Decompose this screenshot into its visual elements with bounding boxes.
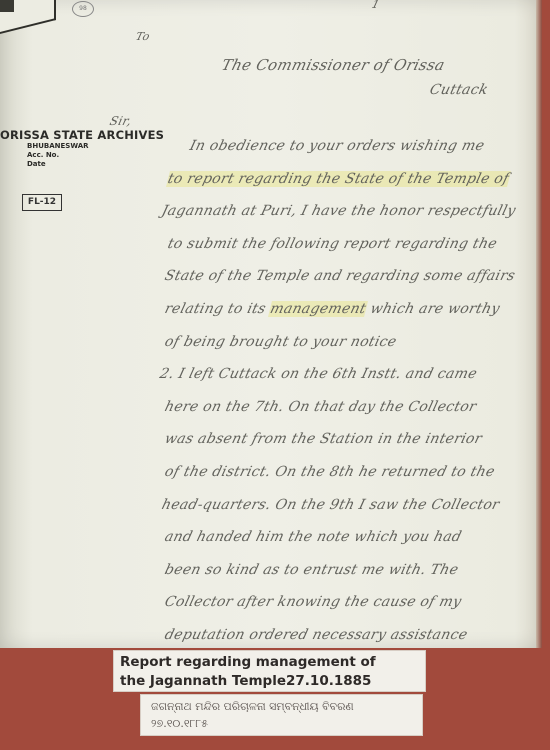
caption-odia-line1: ଜଗନ୍ନାଥ ମନ୍ଦିର ପରିଚାଳନା ସମ୍ବନ୍ଧୀୟ ବିବରଣ (151, 698, 422, 715)
highlighted-word: management (268, 301, 367, 317)
handwritten-line: In obedience to your orders wishing me (188, 138, 486, 154)
highlighted-phrase: to report regarding the State of the Tem… (166, 171, 511, 187)
caption-english-line2: the Jagannath Temple27.10.1885 (120, 672, 425, 691)
caption-english-line1: Report regarding management of (120, 653, 425, 672)
file-box-label: FL-12 (22, 194, 62, 211)
handwritten-line: and handed him the note which you had (163, 529, 463, 545)
handwritten-line: to report regarding the State of the Tem… (166, 171, 511, 187)
handwritten-line: Collector after knowing the cause of my (163, 594, 463, 610)
handwritten-line: to submit the following report regarding… (166, 236, 499, 252)
handwritten-line: State of the Temple and regarding some a… (163, 268, 517, 284)
handwritten-line: of the district. On the 8th he returned … (163, 464, 497, 480)
handwritten-line: been so kind as to entrust me with. The (163, 562, 460, 578)
folio-number: 98 (72, 1, 94, 17)
handwritten-line: of being brought to your notice (163, 334, 398, 350)
caption-odia-line2: ୨୭.୧୦.୧୮୮୫ (151, 715, 422, 732)
handwritten-line: head-quarters. On the 9th I saw the Coll… (160, 497, 501, 513)
handwritten-line: 2. I left Cuttack on the 6th Instt. and … (158, 366, 479, 382)
page-mark: 1 (370, 0, 381, 11)
addressee: The Commissioner of Orissa (220, 56, 447, 74)
archives-stamp: ORISSA STATE ARCHIVES BHUBANESWAR Acc. N… (0, 128, 164, 169)
handwritten-line: here on the 7th. On that day the Collect… (163, 399, 478, 415)
corner-mark (0, 0, 14, 12)
handwritten-line: relating to its management which are wor… (163, 301, 502, 317)
handwritten-line: deputation ordered necessary assistance (163, 627, 469, 643)
stamp-date-label: Date (0, 160, 164, 169)
document-page: 98 1 To The Commissioner of Orissa Cutta… (0, 0, 542, 648)
addressee-place: Cuttack (428, 82, 490, 98)
handwritten-line: Jagannath at Puri, I have the honor resp… (160, 203, 517, 219)
caption-odia: ଜଗନ୍ନାଥ ମନ୍ଦିର ପରିଚାଳନା ସମ୍ବନ୍ଧୀୟ ବିବରଣ … (140, 694, 423, 736)
stamp-place: BHUBANESWAR (0, 142, 164, 151)
stamp-title: ORISSA STATE ARCHIVES (0, 128, 164, 142)
handwritten-line: was absent from the Station in the inter… (163, 431, 484, 447)
stamp-acc-label: Acc. No. (0, 151, 164, 160)
caption-english: Report regarding management of the Jagan… (113, 650, 426, 692)
salutation-sir: Sir, (108, 114, 133, 128)
salutation-to: To (134, 30, 151, 43)
